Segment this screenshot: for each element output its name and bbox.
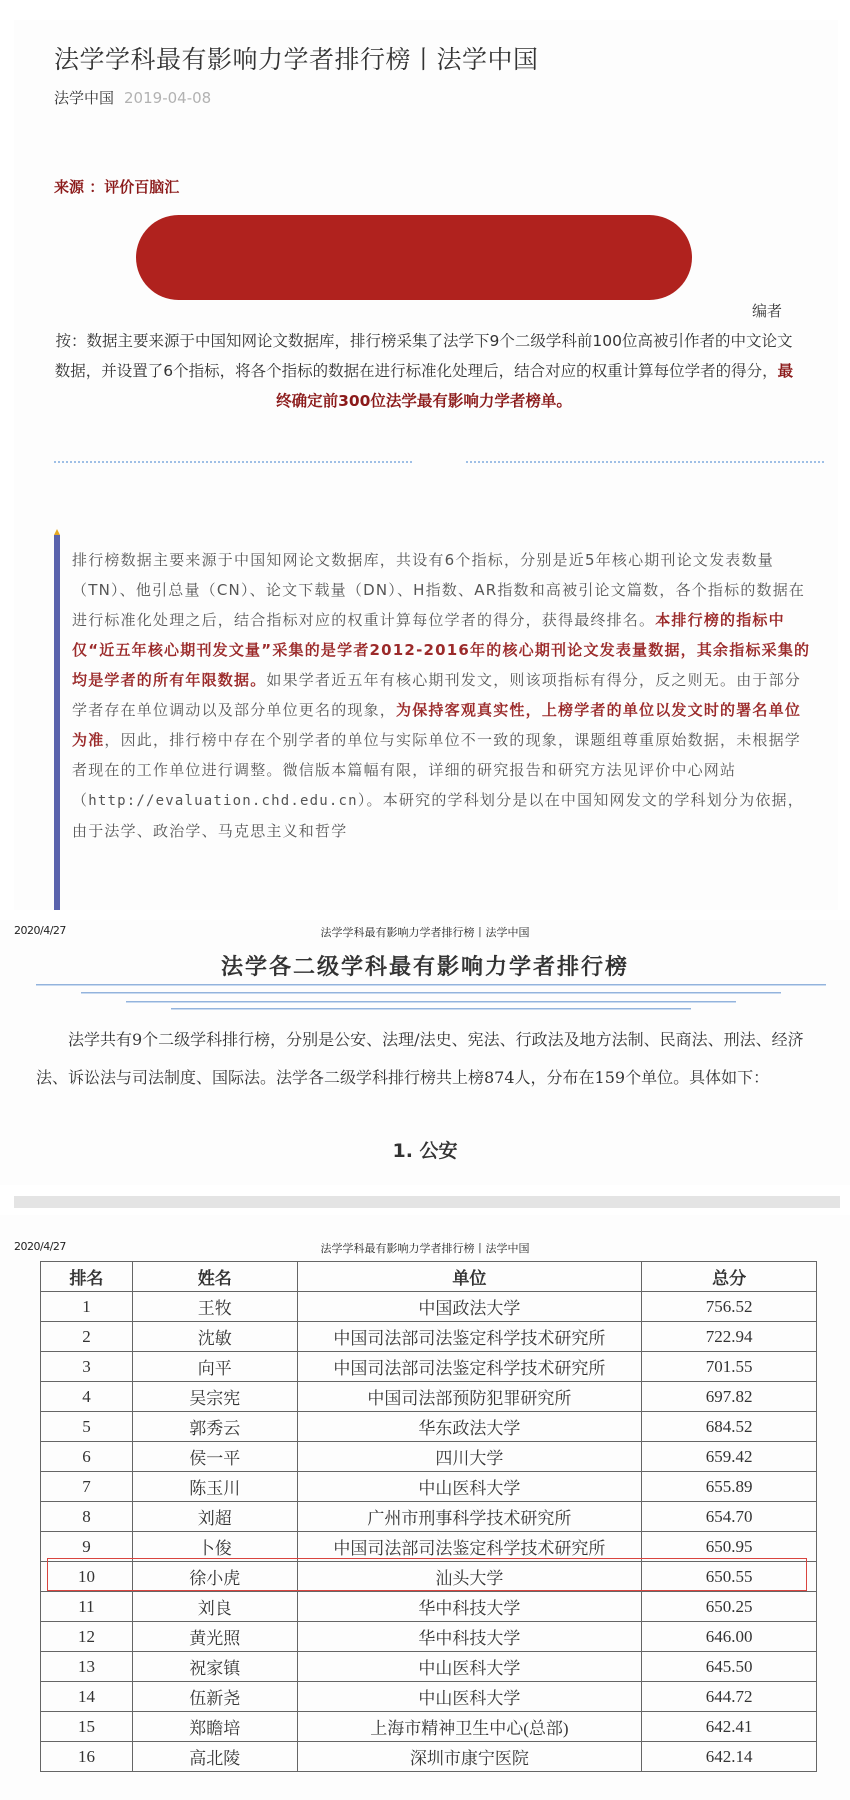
name-cell: 高北陵 [132, 1742, 297, 1772]
name-cell: 刘超 [132, 1502, 297, 1532]
table-row: 8刘超广州市刑事科学技术研究所654.70 [41, 1502, 817, 1532]
score-cell: 756.52 [642, 1292, 817, 1322]
quote-bar [54, 535, 60, 910]
methodology-quote: 排行榜数据主要来源于中国知网论文数据库，共设有6个指标，分别是近5年核心期刊论文… [54, 535, 824, 910]
author-link[interactable]: 法学中国 [54, 89, 114, 107]
unit-cell: 中山医科大学 [297, 1652, 642, 1682]
score-cell: 654.70 [642, 1502, 817, 1532]
score-cell: 650.25 [642, 1592, 817, 1622]
rank-cell: 10 [41, 1562, 133, 1592]
redacted-banner [136, 215, 692, 300]
printout-page-1: 2020/4/27 法学学科最有影响力学者排行榜丨法学中国 法学各二级学科最有影… [0, 920, 850, 1185]
note-text: 按：数据主要来源于中国知网论文数据库，排行榜采集了法学下9个二级学科前100位高… [55, 332, 793, 380]
table-row: 7陈玉川中山医科大学655.89 [41, 1472, 817, 1502]
table-row: 1王牧中国政法大学756.52 [41, 1292, 817, 1322]
score-cell: 644.72 [642, 1682, 817, 1712]
source-line: 来源 ：评价百脑汇 [54, 176, 179, 197]
score-cell: 650.55 [642, 1562, 817, 1592]
rank-cell: 3 [41, 1352, 133, 1382]
name-cell: 吴宗宪 [132, 1382, 297, 1412]
name-cell: 向平 [132, 1352, 297, 1382]
score-cell: 650.95 [642, 1532, 817, 1562]
rank-cell: 2 [41, 1322, 133, 1352]
unit-cell: 中国司法部司法鉴定科学技术研究所 [297, 1532, 642, 1562]
heading-rule-1 [36, 984, 826, 986]
name-cell: 祝家镇 [132, 1652, 297, 1682]
editor-note: 按：数据主要来源于中国知网论文数据库，排行榜采集了法学下9个二级学科前100位高… [54, 326, 794, 416]
section-title: 1. 公安 [0, 1136, 850, 1163]
quote-text: 排行榜数据主要来源于中国知网论文数据库，共设有6个指标，分别是近5年核心期刊论文… [72, 545, 812, 846]
table-row: 5郭秀云华东政法大学684.52 [41, 1412, 817, 1442]
score-cell: 697.82 [642, 1382, 817, 1412]
rank-cell: 4 [41, 1382, 133, 1412]
header-name: 姓名 [132, 1262, 297, 1292]
table-row: 16高北陵深圳市康宁医院642.14 [41, 1742, 817, 1772]
ranking-heading: 法学各二级学科最有影响力学者排行榜 [0, 950, 850, 981]
print-header-2: 法学学科最有影响力学者排行榜丨法学中国 [0, 1240, 850, 1256]
divider-right [466, 461, 824, 463]
rank-cell: 13 [41, 1652, 133, 1682]
article-title: 法学学科最有影响力学者排行榜丨法学中国 [54, 40, 539, 76]
unit-cell: 上海市精神卫生中心(总部) [297, 1712, 642, 1742]
rank-cell: 9 [41, 1532, 133, 1562]
score-cell: 646.00 [642, 1622, 817, 1652]
name-cell: 徐小虎 [132, 1562, 297, 1592]
rank-cell: 8 [41, 1502, 133, 1532]
table-row: 3向平中国司法部司法鉴定科学技术研究所701.55 [41, 1352, 817, 1382]
score-cell: 642.14 [642, 1742, 817, 1772]
rank-cell: 11 [41, 1592, 133, 1622]
score-cell: 701.55 [642, 1352, 817, 1382]
unit-cell: 四川大学 [297, 1442, 642, 1472]
heading-rule-2 [81, 992, 781, 994]
unit-cell: 中国政法大学 [297, 1292, 642, 1322]
name-cell: 沈敏 [132, 1322, 297, 1352]
table-row: 9卜俊中国司法部司法鉴定科学技术研究所650.95 [41, 1532, 817, 1562]
divider-left [54, 461, 412, 463]
heading-rule-4 [171, 1008, 691, 1010]
article-page: 法学学科最有影响力学者排行榜丨法学中国 法学中国2019-04-08 来源 ：评… [14, 20, 838, 910]
table-row: 13祝家镇中山医科大学645.50 [41, 1652, 817, 1682]
print-header: 法学学科最有影响力学者排行榜丨法学中国 [0, 924, 850, 940]
table-row: 12黄光照华中科技大学646.00 [41, 1622, 817, 1652]
rank-cell: 16 [41, 1742, 133, 1772]
score-cell: 645.50 [642, 1652, 817, 1682]
rank-cell: 6 [41, 1442, 133, 1472]
unit-cell: 中国司法部预防犯罪研究所 [297, 1382, 642, 1412]
unit-cell: 中山医科大学 [297, 1682, 642, 1712]
evaluation-url-link[interactable]: http://evaluation.chd.edu.cn [88, 793, 358, 809]
header-score: 总分 [642, 1262, 817, 1292]
name-cell: 卜俊 [132, 1532, 297, 1562]
printout-page-2: 2020/4/27 法学学科最有影响力学者排行榜丨法学中国 排名 姓名 单位 总… [0, 1215, 850, 1800]
unit-cell: 广州市刑事科学技术研究所 [297, 1502, 642, 1532]
table-row: 11刘良华中科技大学650.25 [41, 1592, 817, 1622]
name-cell: 伍新尧 [132, 1682, 297, 1712]
name-cell: 刘良 [132, 1592, 297, 1622]
table-row: 10徐小虎汕头大学650.55 [41, 1562, 817, 1592]
rank-cell: 12 [41, 1622, 133, 1652]
rank-cell: 5 [41, 1412, 133, 1442]
score-cell: 722.94 [642, 1322, 817, 1352]
score-cell: 684.52 [642, 1412, 817, 1442]
unit-cell: 华东政法大学 [297, 1412, 642, 1442]
editor-label: 编者 [752, 300, 782, 321]
score-cell: 642.41 [642, 1712, 817, 1742]
name-cell: 王牧 [132, 1292, 297, 1322]
unit-cell: 中国司法部司法鉴定科学技术研究所 [297, 1352, 642, 1382]
rank-cell: 14 [41, 1682, 133, 1712]
name-cell: 陈玉川 [132, 1472, 297, 1502]
heading-rule-3 [126, 1001, 736, 1003]
unit-cell: 华中科技大学 [297, 1622, 642, 1652]
unit-cell: 汕头大学 [297, 1562, 642, 1592]
header-unit: 单位 [297, 1262, 642, 1292]
rank-cell: 15 [41, 1712, 133, 1742]
publish-date: 2019-04-08 [124, 89, 211, 107]
name-cell: 侯一平 [132, 1442, 297, 1472]
page-separator [14, 1196, 840, 1208]
score-cell: 655.89 [642, 1472, 817, 1502]
article-meta: 法学中国2019-04-08 [54, 87, 211, 108]
table-row: 15郑瞻培上海市精神卫生中心(总部)642.41 [41, 1712, 817, 1742]
unit-cell: 中国司法部司法鉴定科学技术研究所 [297, 1322, 642, 1352]
rank-cell: 1 [41, 1292, 133, 1322]
rank-cell: 7 [41, 1472, 133, 1502]
unit-cell: 深圳市康宁医院 [297, 1742, 642, 1772]
name-cell: 黄光照 [132, 1622, 297, 1652]
ranking-table: 排名 姓名 单位 总分 1王牧中国政法大学756.522沈敏中国司法部司法鉴定科… [40, 1261, 817, 1772]
unit-cell: 中山医科大学 [297, 1472, 642, 1502]
name-cell: 郑瞻培 [132, 1712, 297, 1742]
unit-cell: 华中科技大学 [297, 1592, 642, 1622]
table-row: 2沈敏中国司法部司法鉴定科学技术研究所722.94 [41, 1322, 817, 1352]
table-row: 14伍新尧中山医科大学644.72 [41, 1682, 817, 1712]
header-rank: 排名 [41, 1262, 133, 1292]
table-header-row: 排名 姓名 单位 总分 [41, 1262, 817, 1292]
table-row: 6侯一平四川大学659.42 [41, 1442, 817, 1472]
name-cell: 郭秀云 [132, 1412, 297, 1442]
table-row: 4吴宗宪中国司法部预防犯罪研究所697.82 [41, 1382, 817, 1412]
score-cell: 659.42 [642, 1442, 817, 1472]
intro-paragraph: 法学共有9个二级学科排行榜，分别是公安、法理/法史、宪法、行政法及地方法制、民商… [36, 1021, 826, 1097]
